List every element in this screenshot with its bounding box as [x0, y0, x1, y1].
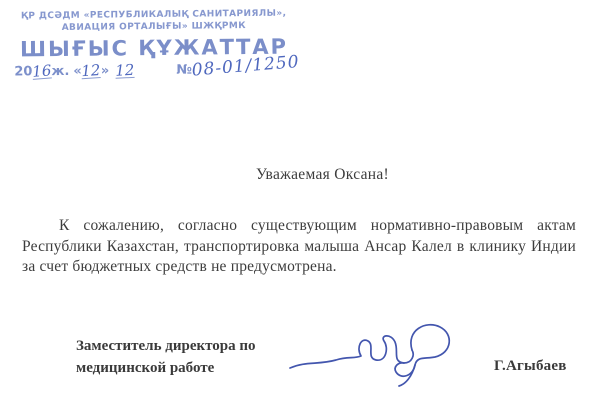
handwritten-day: 12 [81, 63, 101, 79]
stamp-number-sign: № [176, 63, 192, 78]
signer-title-line2: медицинской работе [76, 358, 256, 380]
signer-name: Г.Агыбаев [494, 358, 567, 375]
stamp-date-line: 20 16 ж. « 12 » 12 № 08-01/1250 [14, 62, 294, 80]
signer-title: Заместитель директора по медицинской раб… [76, 336, 256, 379]
stamp-close-quote: » [101, 63, 110, 78]
body-paragraph: К сожалению, согласно существующим норма… [22, 216, 576, 278]
handwritten-month: 12 [115, 63, 135, 79]
handwritten-signature-icon [286, 310, 458, 392]
stamp-year-prefix: 20 [14, 64, 32, 79]
salutation: Уважаемая Оксана! [100, 166, 545, 184]
stamp-org-line2: АВИАЦИЯ ОРТАЛЫҒЫ» ШЖҚРМК [14, 20, 294, 35]
signer-title-line1: Заместитель директора по [76, 336, 256, 358]
letter-page: ҚР ДСӘДМ «РЕСПУБЛИКАЛЫҚ САНИТАРИЯЛЫ», АВ… [0, 0, 595, 400]
handwritten-year: 16 [32, 63, 52, 79]
registration-stamp: ҚР ДСӘДМ «РЕСПУБЛИКАЛЫҚ САНИТАРИЯЛЫ», АВ… [14, 8, 295, 80]
handwritten-doc-number: 08-01/1250 [191, 55, 300, 78]
stamp-zh-label: ж. [51, 64, 69, 79]
